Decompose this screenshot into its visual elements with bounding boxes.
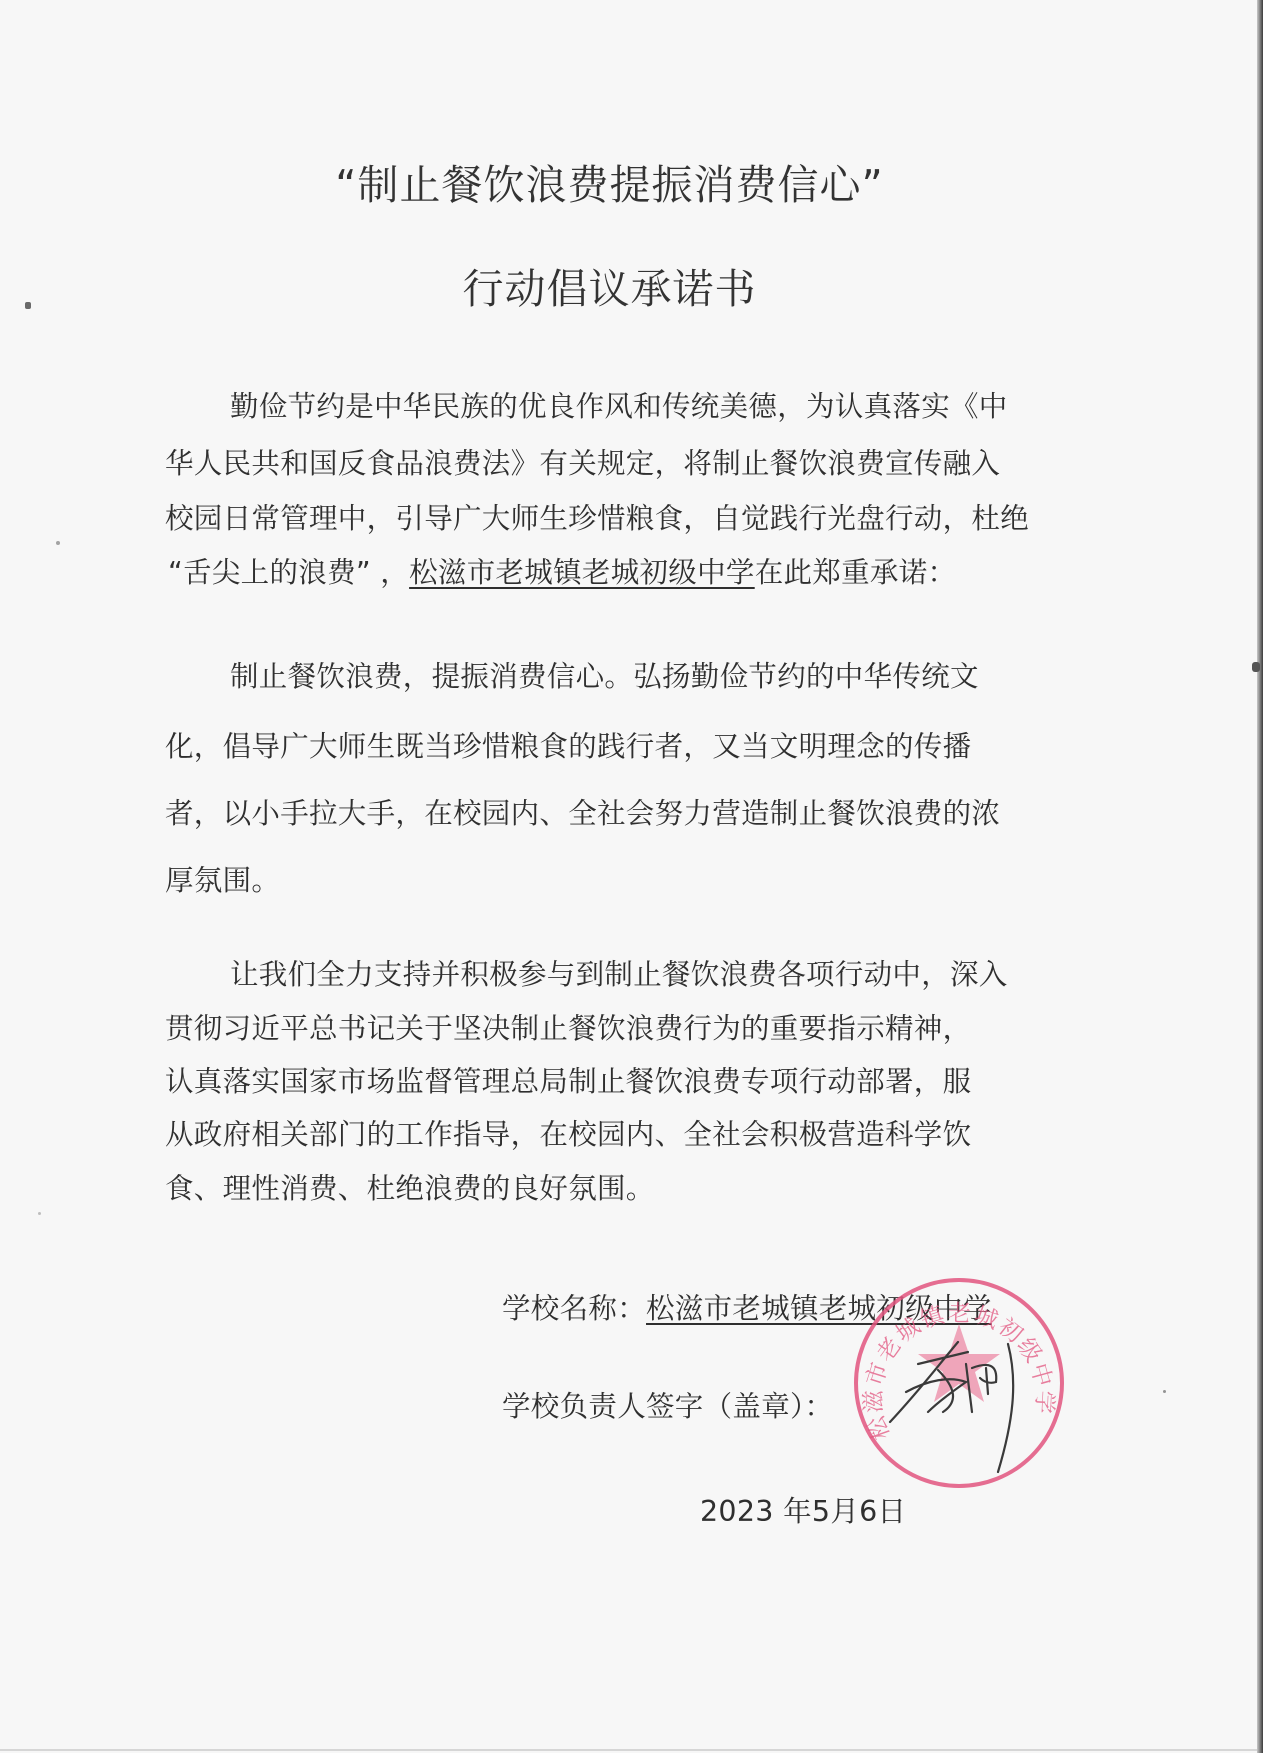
quoted-phrase: “舌尖上的浪费” ，: [168, 556, 409, 589]
paragraph-1-line-2: 华人民共和国反食品浪费法》有关规定，将制止餐饮浪费宣传融入: [165, 441, 1000, 482]
scan-speck: [1163, 1390, 1166, 1393]
paragraph-3-line-1: 让我们全力支持并积极参与到制止餐饮浪费各项行动中，深入: [230, 952, 1008, 993]
official-seal-stamp: 松滋市老城镇老城初级中学: [848, 1272, 1070, 1494]
signer-label: 学校负责人签字（盖章）：: [502, 1384, 833, 1425]
document-date: 2023 年5月6日: [700, 1489, 906, 1530]
paragraph-3-line-4: 从政府相关部门的工作指导，在校园内、全社会积极营造科学饮: [165, 1112, 971, 1153]
scan-bottom-edge: [0, 1749, 1257, 1751]
paragraph-1-line-4: “舌尖上的浪费” ，松滋市老城镇老城初级中学在此郑重承诺：: [168, 550, 956, 591]
school-name-label: 学校名称：: [502, 1292, 646, 1325]
paragraph-3-line-3: 认真落实国家市场监督管理总局制止餐饮浪费专项行动部署，服: [165, 1059, 971, 1100]
scan-edge-shadow: [1257, 0, 1263, 1753]
scan-artifact: [1252, 662, 1260, 672]
paragraph-1-line-3: 校园日常管理中，引导广大师生珍惜粮食，自觉践行光盘行动，杜绝: [165, 496, 1029, 537]
document-subtitle: 行动倡议承诺书: [0, 256, 1241, 315]
paragraph-2-line-4: 厚氛围。: [165, 858, 280, 899]
paragraph-2-line-2: 化，倡导广大师生既当珍惜粮食的践行者，又当文明理念的传播: [165, 724, 971, 765]
school-name-inline: 松滋市老城镇老城初级中学: [409, 556, 755, 589]
commitment-text: 在此郑重承诺：: [755, 556, 957, 589]
paragraph-3-line-5: 食、理性消费、杜绝浪费的良好氛围。: [165, 1166, 655, 1207]
scanned-document-page: “制止餐饮浪费提振消费信心” 行动倡议承诺书 勤俭节约是中华民族的优良作风和传统…: [0, 0, 1263, 1753]
paragraph-2-line-3: 者，以小手拉大手，在校园内、全社会努力营造制止餐饮浪费的浓: [165, 791, 1000, 832]
paragraph-3-line-2: 贯彻习近平总书记关于坚决制止餐饮浪费行为的重要指示精神，: [165, 1006, 971, 1047]
scan-speck: [38, 1212, 41, 1215]
paragraph-2-line-1: 制止餐饮浪费，提振消费信心。弘扬勤俭节约的中华传统文: [230, 654, 979, 695]
paragraph-1-line-1: 勤俭节约是中华民族的优良作风和传统美德，为认真落实《中: [230, 384, 1008, 425]
scan-speck: [56, 541, 60, 545]
document-title: “制止餐饮浪费提振消费信心”: [0, 152, 1241, 211]
